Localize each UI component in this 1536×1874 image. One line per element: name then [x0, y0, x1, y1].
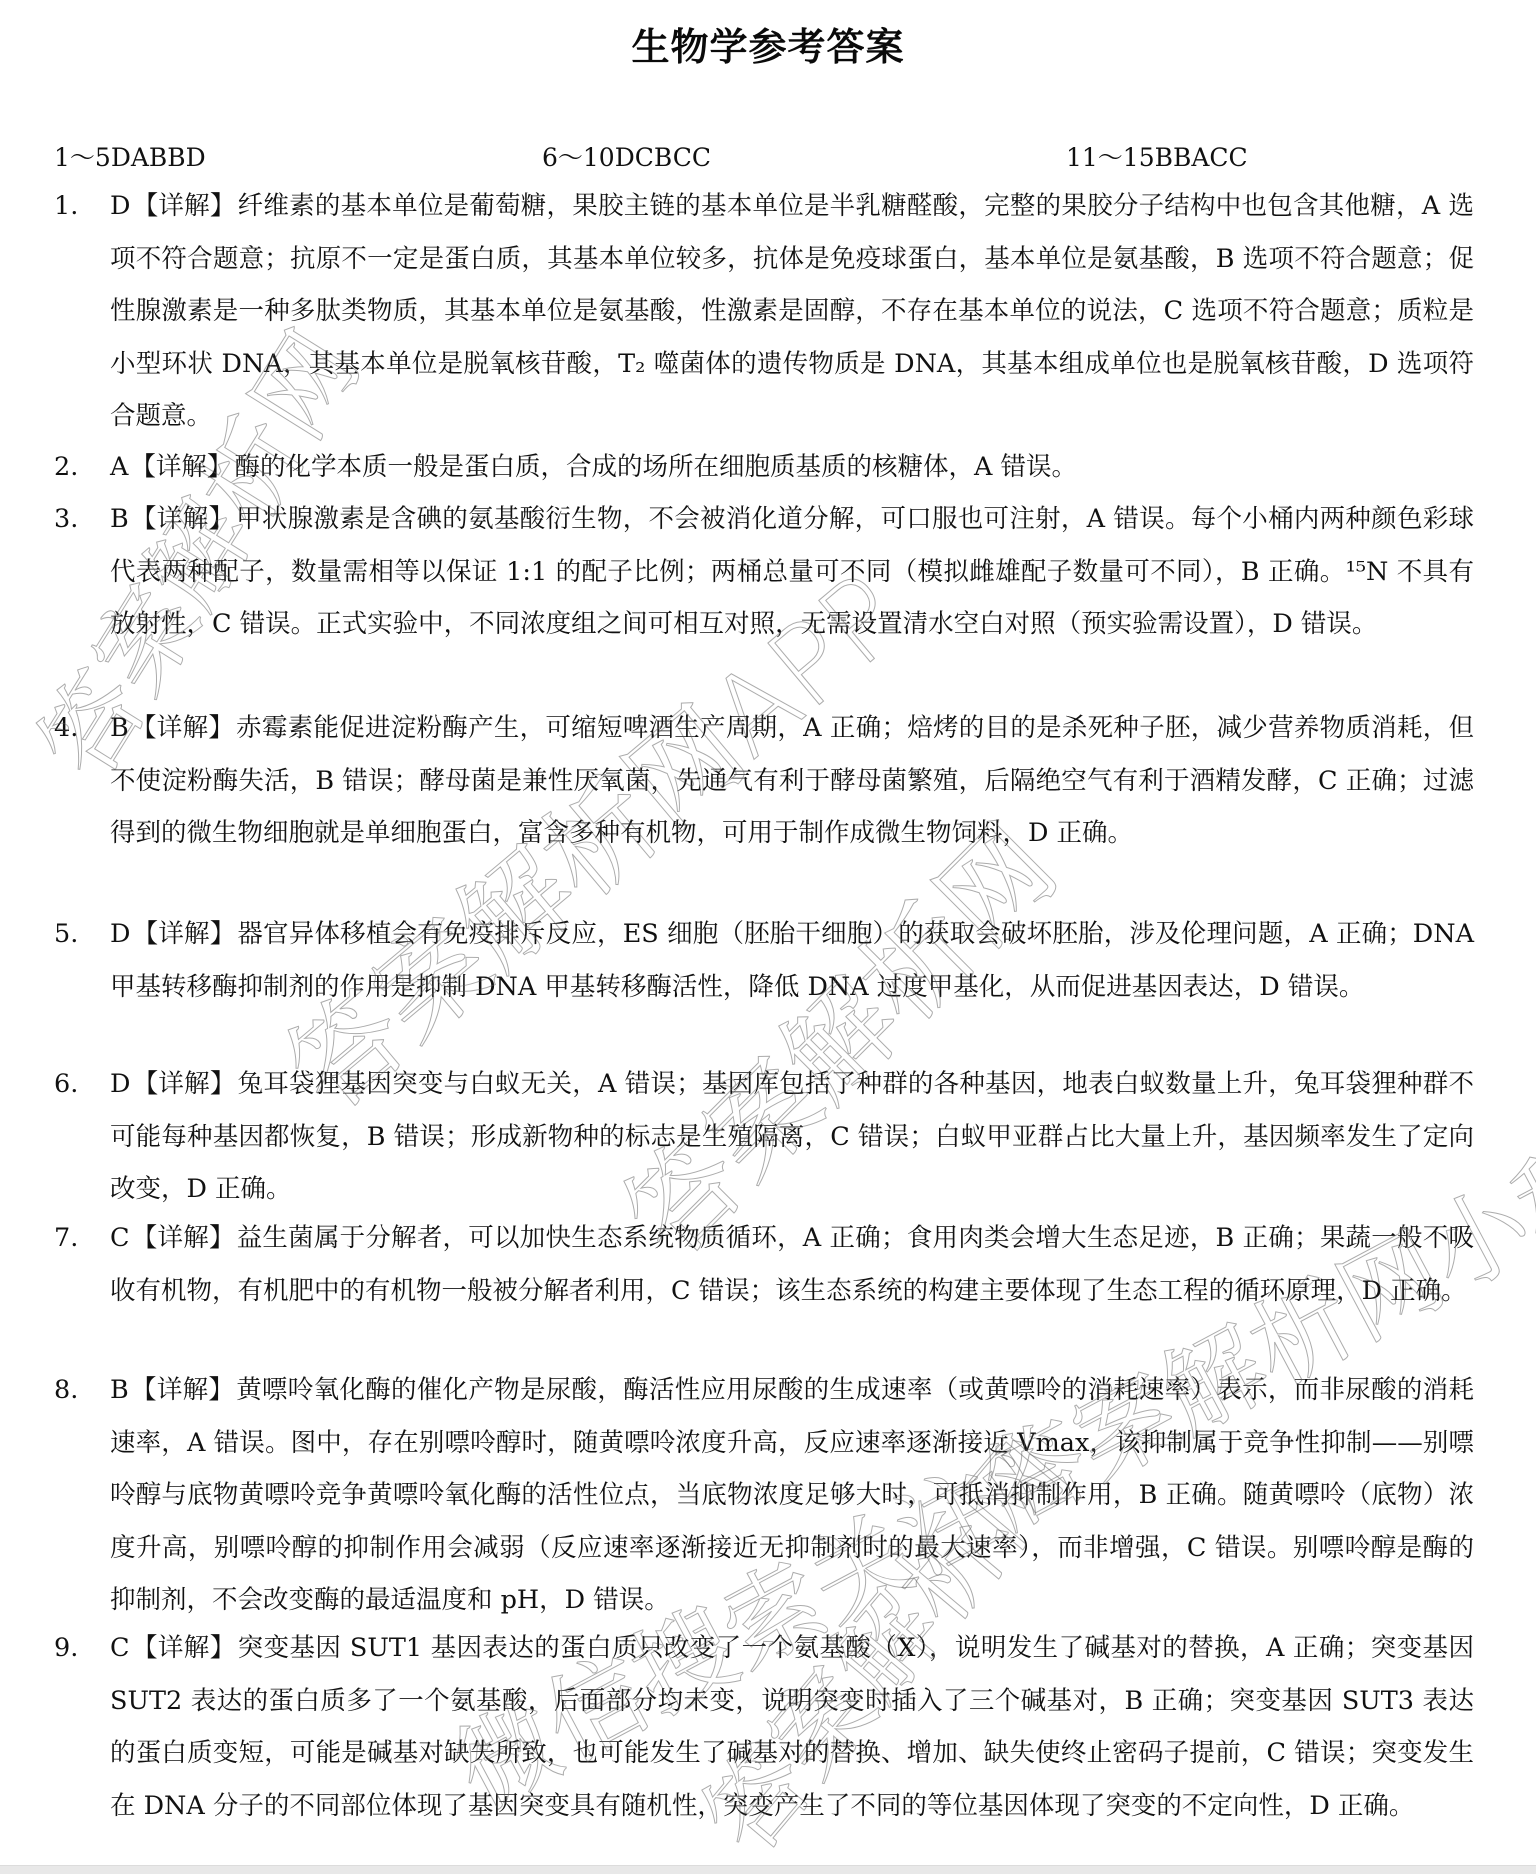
- question-number: 5.: [54, 908, 110, 961]
- correct-answer: D: [110, 1069, 130, 1099]
- explanation-text: 益生菌属于分解者，可以加快生态系统物质循环，A 正确；食用肉类会增大生态足迹，B…: [110, 1223, 1474, 1306]
- correct-answer: B: [110, 1375, 129, 1405]
- answer-key-group-3: 11～15BBACC: [1066, 138, 1248, 174]
- answer-key-letters: BBACC: [1155, 143, 1248, 172]
- correct-answer: A: [110, 452, 128, 482]
- question-number: 8.: [54, 1364, 110, 1417]
- question-number: 4.: [54, 702, 110, 755]
- question-explanation-3: 3. B【详解】甲状腺激素是含碘的氨基酸衍生物，不会被消化道分解，可口服也可注射…: [54, 493, 1474, 651]
- question-explanation-1: 1. D【详解】纤维素的基本单位是葡萄糖，果胶主链的基本单位是半乳糖醛酸，完整的…: [54, 180, 1474, 443]
- detail-tag: 【详解】: [131, 713, 234, 743]
- answer-document: 生物学参考答案 1～5DABBD 6～10DCBCC 11～15BBACC 1.…: [0, 0, 1536, 1874]
- answer-key-group-2: 6～10DCBCC: [542, 138, 711, 174]
- explanation-text: 纤维素的基本单位是葡萄糖，果胶主链的基本单位是半乳糖醛酸，完整的果胶分子结构中也…: [110, 191, 1474, 431]
- detail-tag: 【详解】: [132, 1069, 235, 1099]
- detail-tag: 【详解】: [132, 1223, 235, 1253]
- detail-tag: 【详解】: [132, 1633, 236, 1663]
- detail-tag: 【详解】: [130, 452, 232, 482]
- explanation-text: 器官异体移植会有免疫排斥反应，ES 细胞（胚胎干细胞）的获取会破坏胚胎，涉及伦理…: [110, 919, 1474, 1002]
- question-number: 9.: [54, 1622, 110, 1675]
- question-explanation-2: 2. A【详解】酶的化学本质一般是蛋白质，合成的场所在细胞质基质的核糖体，A 错…: [54, 441, 1474, 494]
- question-explanation-6: 6. D【详解】兔耳袋狸基因突变与白蚁无关，A 错误；基因库包括了种群的各种基因…: [54, 1058, 1474, 1216]
- question-number: 1.: [54, 180, 110, 233]
- detail-tag: 【详解】: [132, 919, 235, 949]
- question-number: 7.: [54, 1212, 110, 1265]
- question-number: 6.: [54, 1058, 110, 1111]
- correct-answer: D: [110, 919, 130, 949]
- explanation-text: 黄嘌呤氧化酶的催化产物是尿酸，酶活性应用尿酸的生成速率（或黄嘌呤的消耗速率）表示…: [110, 1375, 1474, 1615]
- answer-key-letters: DCBCC: [615, 143, 711, 172]
- explanation-text: 酶的化学本质一般是蛋白质，合成的场所在细胞质基质的核糖体，A 错误。: [234, 452, 1077, 482]
- explanation-text: 突变基因 SUT1 基因表达的蛋白质只改变了一个氨基酸（X），说明发生了碱基对的…: [110, 1633, 1474, 1821]
- explanation-text: 兔耳袋狸基因突变与白蚁无关，A 错误；基因库包括了种群的各种基因，地表白蚁数量上…: [110, 1069, 1474, 1204]
- explanation-text: 甲状腺激素是含碘的氨基酸衍生物，不会被消化道分解，可口服也可注射，A 错误。每个…: [110, 504, 1474, 639]
- correct-answer: B: [110, 504, 129, 534]
- explanation-text: 赤霉素能促进淀粉酶产生，可缩短啤酒生产周期，A 正确；焙烤的目的是杀死种子胚，减…: [110, 713, 1474, 848]
- detail-tag: 【详解】: [131, 504, 234, 534]
- question-explanation-9: 9. C【详解】突变基因 SUT1 基因表达的蛋白质只改变了一个氨基酸（X），说…: [54, 1622, 1474, 1832]
- answer-key-letters: DABBD: [111, 143, 206, 172]
- answer-key-group-1: 1～5DABBD: [54, 138, 206, 174]
- question-explanation-5: 5. D【详解】器官异体移植会有免疫排斥反应，ES 细胞（胚胎干细胞）的获取会破…: [54, 908, 1474, 1013]
- question-explanation-7: 7. C【详解】益生菌属于分解者，可以加快生态系统物质循环，A 正确；食用肉类会…: [54, 1212, 1474, 1317]
- detail-tag: 【详解】: [131, 1375, 234, 1405]
- correct-answer: C: [110, 1633, 130, 1663]
- question-explanation-4: 4. B【详解】赤霉素能促进淀粉酶产生，可缩短啤酒生产周期，A 正确；焙烤的目的…: [54, 702, 1474, 860]
- question-number: 3.: [54, 493, 110, 546]
- answer-key-row: 1～5DABBD 6～10DCBCC 11～15BBACC: [54, 138, 1476, 178]
- question-explanation-8: 8. B【详解】黄嘌呤氧化酶的催化产物是尿酸，酶活性应用尿酸的生成速率（或黄嘌呤…: [54, 1364, 1474, 1627]
- page-bottom-edge: [0, 1865, 1536, 1874]
- correct-answer: C: [110, 1223, 130, 1253]
- page-title: 生物学参考答案: [0, 16, 1536, 71]
- correct-answer: B: [110, 713, 129, 743]
- detail-tag: 【详解】: [132, 191, 235, 221]
- question-number: 2.: [54, 441, 110, 494]
- correct-answer: D: [110, 191, 130, 221]
